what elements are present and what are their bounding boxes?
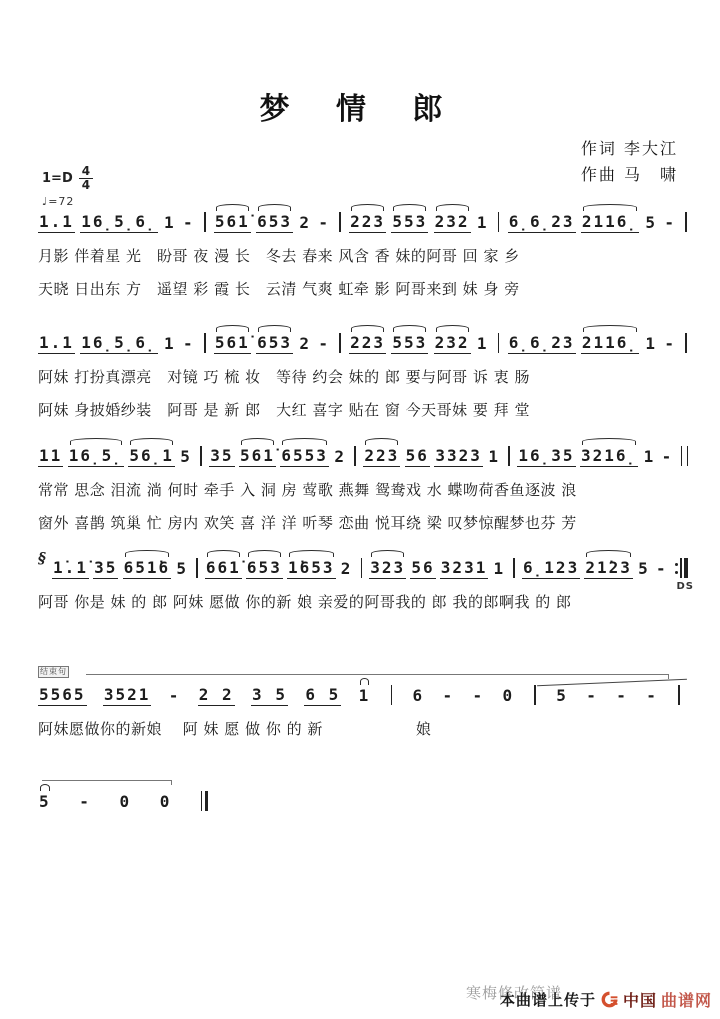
note-group: 56̣1: [128, 446, 175, 467]
barline: [339, 333, 341, 353]
note-group: 2: [340, 559, 354, 579]
note-group: -: [182, 334, 196, 354]
note-group: 232: [434, 333, 471, 354]
note-group: 3521: [103, 685, 152, 706]
note-group: 0: [501, 686, 515, 706]
note-group: -: [78, 792, 92, 812]
upload-credit: 本曲谱上传于 中国 曲谱网: [500, 988, 712, 1011]
note-group: 2116̣: [581, 212, 639, 233]
barline: [498, 212, 500, 232]
barline-thick: [684, 558, 688, 578]
note-group: 2116̣: [581, 333, 639, 354]
note-group: -: [182, 213, 196, 233]
notation-row: 1116̣5̣56̣1535561̇65532223563323116̣3532…: [38, 441, 690, 467]
note-group: 1: [476, 213, 490, 233]
lyric-line-1: 阿哥 你是 妹 的 郎 阿妹 愿做 你的新 娘 亲爱的阿哥我的 郎 我的郎啊我 …: [38, 592, 690, 612]
note-group: 3323: [434, 446, 483, 467]
note-group: 553: [391, 333, 428, 354]
note-group: 1: [163, 334, 177, 354]
barline: [513, 558, 515, 578]
barline-thin: [680, 558, 682, 578]
note-group: 323: [369, 558, 406, 579]
note-group: -: [471, 686, 485, 706]
lyric-line-2: 天晓 日出东 方 遥望 彩 霞 长 云清 气爽 虹牵 影 阿哥来到 妹 身 旁: [38, 279, 690, 299]
note-group: 232: [434, 212, 471, 233]
note-group: 653: [246, 558, 283, 579]
note-group: -: [317, 213, 331, 233]
note-group: 21̇23: [584, 558, 633, 579]
note-group: -: [441, 686, 455, 706]
note-group: 5: [637, 559, 651, 579]
tie-line: [86, 674, 669, 675]
note-group: 1.1: [38, 333, 75, 354]
system-4: §1̇.1̇35651̇65661̇6531̇653232356323116̣1…: [38, 553, 690, 612]
note-group: -: [663, 334, 677, 354]
note-group: 3 5: [251, 685, 288, 706]
note-group: 1: [644, 334, 658, 354]
final-barline: [201, 791, 208, 811]
lyric-line-1: 阿妹愿做你的新娘 阿 妹 愿 做 你 的 新 娘: [38, 719, 683, 739]
barline: [498, 333, 500, 353]
system-6: 5-00: [38, 786, 210, 812]
note-group: 1: [643, 447, 657, 467]
note-group: 5: [644, 213, 658, 233]
note-group: 1̇.1̇: [52, 558, 89, 579]
note-group: 2: [298, 334, 312, 354]
note-group: 35: [93, 558, 118, 579]
note-group: 6553: [280, 446, 329, 467]
barline: [685, 212, 687, 232]
note-group: 223: [363, 446, 400, 467]
note-group: 1̇653: [287, 558, 336, 579]
lyric-line-1: 常常 思念 泪流 淌 何时 牵手 入 洞 房 莺歌 燕舞 鸳鸯戏 水 蝶吻荷香鱼…: [38, 480, 690, 500]
note-group: 653: [256, 333, 293, 354]
note-group: -: [585, 686, 599, 706]
note-group: -: [663, 213, 677, 233]
upload-note: 本曲谱上传于: [500, 989, 596, 1010]
note-group: 0: [119, 792, 133, 812]
note-group: 653: [256, 212, 293, 233]
note-group: 2: [298, 213, 312, 233]
site-name-rest: 曲谱网: [661, 988, 712, 1011]
note-group: -: [168, 686, 182, 706]
note-group: 2 2: [198, 685, 235, 706]
note-group: -: [661, 447, 675, 467]
note-group: 561̇: [239, 446, 276, 467]
ending-label: 结束句: [38, 666, 69, 678]
note-group: 16̣5̣6̣: [80, 212, 157, 233]
barline: [534, 685, 536, 705]
note-group: 553: [391, 212, 428, 233]
note-group: 16̣35: [517, 446, 575, 467]
repeat-end-barline: [675, 558, 688, 578]
note-group: 223: [349, 333, 386, 354]
note-group: 651̇6: [123, 558, 172, 579]
notation-row: 5-00: [38, 786, 210, 812]
lyric-line-2: 窗外 喜鹊 筑巢 忙 房内 欢笑 喜 洋 洋 听琴 恋曲 悦耳绕 梁 叹梦惊醒梦…: [38, 513, 690, 533]
note-group: 1: [476, 334, 490, 354]
barline: [204, 333, 206, 353]
note-group: 1: [163, 213, 177, 233]
note-group: 5565: [38, 685, 87, 706]
note-group: 6 5: [304, 685, 341, 706]
note-group: 1.1: [38, 212, 75, 233]
note-group: -: [645, 686, 659, 706]
note-group: 223: [349, 212, 386, 233]
note-group: 11: [38, 446, 63, 467]
footer: 寒梅修改简谱 本曲谱上传于 中国 曲谱网: [0, 977, 720, 1019]
note-group: 16̣5̣6̣: [80, 333, 157, 354]
note-group: 5: [179, 447, 193, 467]
barline: [196, 558, 198, 578]
note-group: 6̣123: [522, 558, 580, 579]
repeat-dots: [675, 560, 678, 576]
note-group: 561̇: [214, 333, 251, 354]
double-barline: [681, 446, 688, 466]
system-1: 1.116̣5̣6̣1-561̇6532-22355323216̣6̣23211…: [38, 207, 690, 299]
system-3: 1116̣5̣56̣1535561̇65532223563323116̣3532…: [38, 441, 690, 533]
note-group: 5: [175, 559, 189, 579]
qupu-logo-icon: [600, 990, 619, 1009]
notation-row: §1̇.1̇35651̇65661̇6531̇653232356323116̣1…: [38, 553, 690, 579]
note-group: 16̣5̣: [68, 446, 124, 467]
note-group: 6̣6̣23: [508, 333, 576, 354]
notation-row: 1.116̣5̣6̣1-561̇6532-22355323216̣6̣23211…: [38, 328, 690, 354]
barline: [508, 446, 510, 466]
barline: [361, 558, 363, 578]
barline: [204, 212, 206, 232]
barline: [391, 685, 393, 705]
note-group: 56: [410, 558, 435, 579]
barline: [685, 333, 687, 353]
score-area: 1.116̣5̣6̣1-561̇6532-22355323216̣6̣23211…: [38, 0, 694, 1019]
system-2: 1.116̣5̣6̣1-561̇6532-22355323216̣6̣23211…: [38, 328, 690, 420]
system-5: 结束句55653521-2 23 56 516--05---阿妹愿做你的新娘 阿…: [38, 680, 683, 739]
score-page: 梦 情 郎 作词 李大江 作曲 马 啸 1=D 4 4 ♩=72 1.116̣5…: [0, 0, 720, 1019]
note-group: -: [655, 559, 669, 579]
note-group: -: [615, 686, 629, 706]
tie-line: [42, 780, 172, 781]
note-group: 3216̣: [580, 446, 638, 467]
note-group: 6: [411, 686, 425, 706]
lyric-line-1: 月影 伴着星 光 盼哥 夜 漫 长 冬去 春来 风含 香 妹的阿哥 回 家 乡: [38, 246, 690, 266]
site-name-cn: 中国: [623, 988, 657, 1011]
note-group: 561̇: [214, 212, 251, 233]
note-group: 1: [487, 447, 501, 467]
lyric-line-2: 阿妹 身披婚纱装 阿哥 是 新 郎 大红 喜字 贴在 窗 今天哥妹 要 拜 堂: [38, 400, 690, 420]
note-group: 0: [159, 792, 173, 812]
note-group: -: [317, 334, 331, 354]
segno-icon: §: [38, 549, 46, 567]
barline: [200, 446, 202, 466]
lyric-line-1: 阿妹 打扮真漂亮 对镜 巧 梳 妆 等待 约会 妹的 郎 要与阿哥 诉 衷 肠: [38, 367, 690, 387]
note-group: 35: [209, 446, 234, 467]
barline: [678, 685, 680, 705]
note-group: 661̇: [205, 558, 242, 579]
note-group: 6̣6̣23: [508, 212, 576, 233]
ds-mark: DS: [676, 581, 694, 592]
barline: [339, 212, 341, 232]
note-group: 5: [555, 686, 569, 706]
note-group: 56: [405, 446, 430, 467]
note-group: 1: [493, 559, 507, 579]
notation-row: 1.116̣5̣6̣1-561̇6532-22355323216̣6̣23211…: [38, 207, 690, 233]
note-group: 3231: [440, 558, 489, 579]
note-group: 5: [38, 792, 52, 812]
note-group: 1: [358, 686, 372, 706]
barline: [354, 446, 356, 466]
note-group: 2: [333, 447, 347, 467]
